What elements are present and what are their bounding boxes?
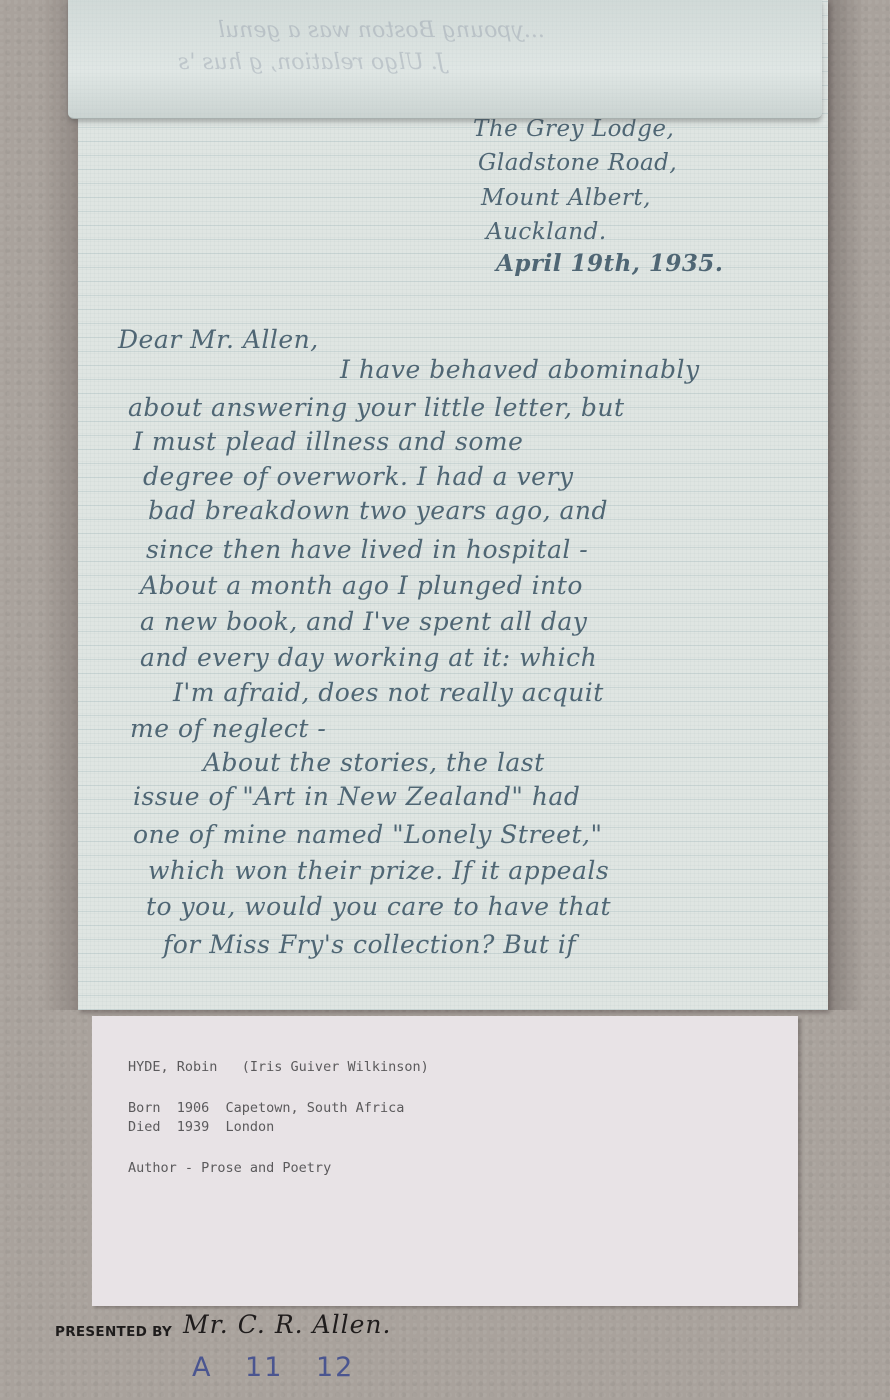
body-line-9: and every day working at it: which (140, 643, 597, 672)
flap-bleed-line-1: ...ypoung Boston was a genul (218, 18, 545, 43)
body-line-13: issue of "Art in New Zealand" had (133, 782, 580, 811)
card-occupation-line: Author - Prose and Poetry (128, 1160, 331, 1176)
card-born-line: Born 1906 Capetown, South Africa (128, 1100, 404, 1116)
letter-page: The Grey Lodge, Gladstone Road, Mount Al… (78, 0, 828, 1010)
salutation: Dear Mr. Allen, (118, 325, 319, 354)
presenter-name: Mr. C. R. Allen. (183, 1310, 391, 1339)
body-line-2: about answering your little letter, but (128, 393, 625, 422)
folded-page-flap: ...ypoung Boston was a genul J. Ulgo rel… (68, 0, 822, 119)
body-line-7: About a month ago I plunged into (140, 571, 583, 600)
card-died-line: Died 1939 London (128, 1119, 274, 1135)
card-name-line: HYDE, Robin (Iris Guiver Wilkinson) (128, 1059, 429, 1075)
body-line-4: degree of overwork. I had a very (143, 462, 574, 491)
body-line-6: since then have lived in hospital - (146, 535, 588, 564)
accession-number: A 11 12 (192, 1352, 354, 1383)
body-line-3: I must plead illness and some (133, 427, 523, 456)
address-line-2: Gladstone Road, (478, 150, 677, 176)
body-line-11: me of neglect - (130, 714, 326, 743)
letter-date: April 19th, 1935. (496, 250, 723, 277)
body-line-17: for Miss Fry's collection? But if (163, 930, 576, 959)
body-line-16: to you, would you care to have that (146, 892, 611, 921)
body-line-1: I have behaved abominably (340, 355, 700, 384)
mount-shadow-left (40, 0, 80, 1010)
flap-bleed-line-2: J. Ulgo relation, g hus 's (178, 50, 445, 75)
body-line-15: which won their prize. If it appeals (148, 856, 609, 885)
body-line-5: bad breakdown two years ago, and (148, 496, 608, 525)
address-line-1: The Grey Lodge, (473, 116, 674, 142)
body-line-8: a new book, and I've spent all day (140, 607, 587, 636)
catalog-card: HYDE, Robin (Iris Guiver Wilkinson) Born… (92, 1016, 798, 1306)
body-line-14: one of mine named "Lonely Street," (133, 820, 602, 849)
body-line-10: I'm afraid, does not really acquit (173, 678, 604, 707)
presented-by-label: PRESENTED BY (55, 1324, 172, 1340)
address-line-3: Mount Albert, (481, 185, 651, 211)
address-line-4: Auckland. (486, 219, 607, 245)
body-line-12: About the stories, the last (203, 748, 545, 777)
